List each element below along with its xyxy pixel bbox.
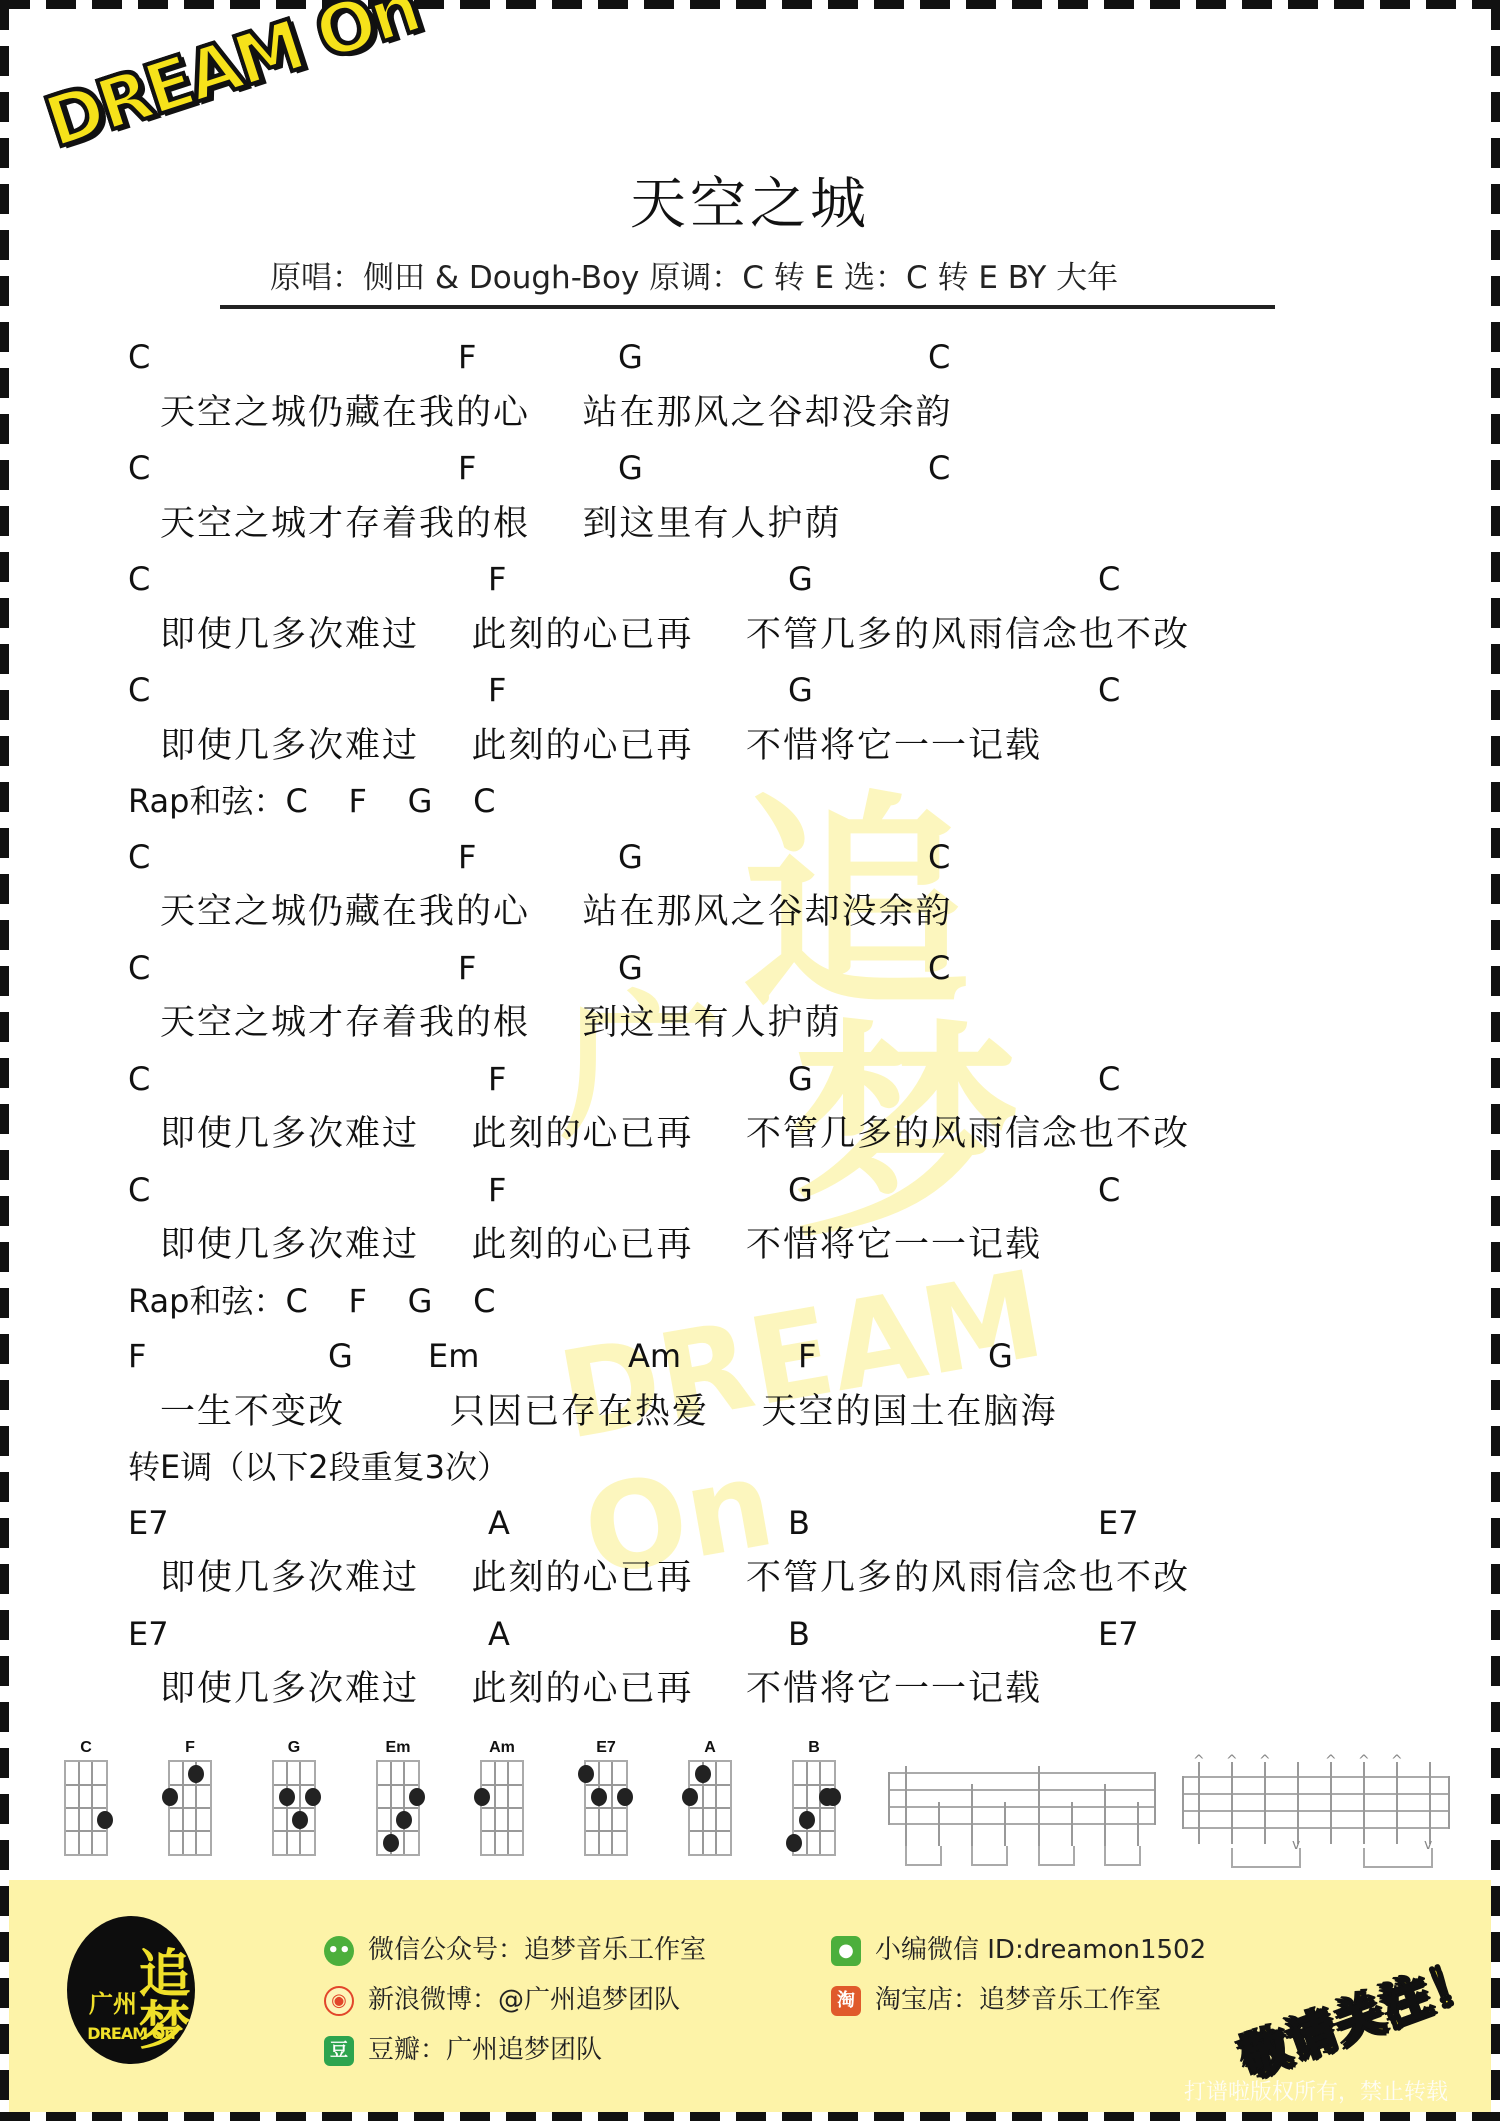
- chord-symbol: G: [788, 552, 813, 608]
- finger-dot: [799, 1811, 815, 1829]
- chord-line: CFGC: [128, 552, 1378, 608]
- chord-symbol: B: [788, 1607, 810, 1663]
- lyric-line: 天空之城才存着我的根 到这里有人护荫: [128, 996, 1378, 1052]
- fretboard-grid: [168, 1760, 212, 1856]
- lyrics-sheet: CFGC天空之城仍藏在我的心 站在那风之谷却没余韵CFGC天空之城才存着我的根 …: [128, 330, 1378, 1718]
- chord-symbol: F: [488, 552, 506, 608]
- section-note: 转E调（以下2段重复3次）: [128, 1440, 1378, 1496]
- chord-line: E7ABE7: [128, 1496, 1378, 1552]
- chord-diagram-name: Em: [367, 1738, 429, 1758]
- chord-line: CFGC: [128, 830, 1378, 886]
- chord-line: CFGC: [128, 663, 1378, 719]
- chord-symbol: C: [128, 1052, 150, 1108]
- fretboard-grid: [584, 1760, 628, 1856]
- fretboard-grid: [376, 1760, 420, 1856]
- chord-symbol: C: [128, 1163, 150, 1219]
- lyric-line: 即使几多次难过 此刻的心已再 不惜将它一一记载: [128, 1218, 1378, 1274]
- chord-symbol: F: [488, 663, 506, 719]
- chord-diagram-e7: E7: [575, 1738, 637, 1856]
- finger-dot: [825, 1788, 841, 1806]
- chord-diagram-am: Am: [471, 1738, 533, 1856]
- chord-symbol: E7: [1098, 1496, 1139, 1552]
- chord-symbol: G: [618, 830, 643, 886]
- chord-symbol: E7: [128, 1496, 169, 1552]
- chord-diagram-name: E7: [575, 1738, 637, 1758]
- finger-dot: [409, 1788, 425, 1806]
- finger-dot: [578, 1765, 594, 1783]
- wechat-official-icon: ••: [324, 1936, 354, 1966]
- fretboard-grid: [64, 1760, 108, 1856]
- section-note: Rap和弦：C F G C: [128, 774, 1378, 830]
- contact-label: 微信公众号：追梦音乐工作室: [368, 1935, 706, 1965]
- contact-weibo[interactable]: ◉新浪微博：@广州追梦团队: [324, 1980, 680, 2020]
- chord-line: CFGC: [128, 330, 1378, 386]
- section-note: Rap和弦：C F G C: [128, 1274, 1378, 1330]
- chord-diagram-name: C: [55, 1738, 117, 1758]
- contact-douban[interactable]: 豆豆瓣：广州追梦团队: [324, 2030, 602, 2070]
- brand-badge: 追梦 广州 DREAM On: [67, 1916, 195, 2064]
- chord-symbol: C: [928, 441, 950, 497]
- wechat-icon: ●: [831, 1936, 861, 1966]
- chord-symbol: G: [618, 941, 643, 997]
- chord-line: CFGC: [128, 441, 1378, 497]
- finger-dot: [188, 1765, 204, 1783]
- finger-dot: [162, 1788, 178, 1806]
- contact-wechat-id[interactable]: ●小编微信 ID:dreamon1502: [831, 1930, 1206, 1970]
- finger-dot: [695, 1765, 711, 1783]
- chord-diagram-name: B: [783, 1738, 845, 1758]
- chord-symbol: F: [458, 941, 476, 997]
- chord-line: CFGC: [128, 941, 1378, 997]
- dashed-border-top: [0, 0, 1500, 9]
- chord-symbol: G: [618, 441, 643, 497]
- dashed-border-right: [1491, 0, 1500, 2121]
- chord-symbol: F: [798, 1329, 816, 1385]
- contact-taobao[interactable]: 淘淘宝店：追梦音乐工作室: [831, 1980, 1161, 2020]
- chord-line: E7ABE7: [128, 1607, 1378, 1663]
- copyright-notice: 打谱啦版权所有，禁止转载: [1184, 2075, 1448, 2106]
- finger-dot: [279, 1788, 295, 1806]
- title-divider: [220, 305, 1275, 309]
- chord-symbol: C: [928, 830, 950, 886]
- strumming-pattern: ^ ^ ^ v ^ ^ ^ v: [1182, 1762, 1452, 1872]
- fretboard-grid: [688, 1760, 732, 1856]
- chord-symbol: F: [458, 330, 476, 386]
- song-title: 天空之城: [0, 160, 1500, 240]
- chord-symbol: F: [488, 1052, 506, 1108]
- dashed-border-bottom: [0, 2112, 1500, 2121]
- chord-symbol: B: [788, 1496, 810, 1552]
- chord-symbol: Em: [428, 1329, 479, 1385]
- lyric-line: 天空之城仍藏在我的心 站在那风之谷却没余韵: [128, 386, 1378, 442]
- chord-symbol: C: [128, 552, 150, 608]
- finger-dot: [786, 1834, 802, 1852]
- lyric-line: 即使几多次难过 此刻的心已再 不管几多的风雨信念也不改: [128, 1551, 1378, 1607]
- chord-symbol: G: [328, 1329, 353, 1385]
- chord-line: FGEmAmFG: [128, 1329, 1378, 1385]
- chord-diagram-g: G: [263, 1738, 325, 1856]
- chord-symbol: G: [788, 1163, 813, 1219]
- contact-wechat-official[interactable]: ••微信公众号：追梦音乐工作室: [324, 1930, 706, 1970]
- chord-symbol: F: [128, 1329, 146, 1385]
- contact-label: 新浪微博：@广州追梦团队: [368, 1985, 680, 2015]
- contact-label: 小编微信 ID:dreamon1502: [875, 1935, 1206, 1965]
- finger-dot: [591, 1788, 607, 1806]
- chord-symbol: F: [488, 1163, 506, 1219]
- chord-symbol: G: [618, 330, 643, 386]
- chord-diagram-name: F: [159, 1738, 221, 1758]
- finger-dot: [383, 1834, 399, 1852]
- chord-line: CFGC: [128, 1163, 1378, 1219]
- finger-dot: [305, 1788, 321, 1806]
- chord-symbol: C: [928, 941, 950, 997]
- contact-label: 豆瓣：广州追梦团队: [368, 2035, 602, 2065]
- finger-dot: [682, 1788, 698, 1806]
- chord-diagram-name: Am: [471, 1738, 533, 1758]
- finger-dot: [474, 1788, 490, 1806]
- follow-stamp: 敬请关注！: [1230, 1939, 1489, 2089]
- chord-diagram-f: F: [159, 1738, 221, 1856]
- lyric-line: 天空之城仍藏在我的心 站在那风之谷却没余韵: [128, 885, 1378, 941]
- chord-symbol: C: [128, 441, 150, 497]
- finger-dot: [97, 1811, 113, 1829]
- chord-symbol: C: [128, 941, 150, 997]
- chord-symbol: E7: [1098, 1607, 1139, 1663]
- chord-diagram-a: A: [679, 1738, 741, 1856]
- chord-symbol: C: [128, 330, 150, 386]
- fretboard-grid: [272, 1760, 316, 1856]
- weibo-icon: ◉: [324, 1986, 354, 2016]
- chord-diagram-c: C: [55, 1738, 117, 1856]
- lyric-line: 即使几多次难过 此刻的心已再 不管几多的风雨信念也不改: [128, 608, 1378, 664]
- lyric-line: 天空之城才存着我的根 到这里有人护荫: [128, 497, 1378, 553]
- chord-symbol: E7: [128, 1607, 169, 1663]
- chord-symbol: C: [1098, 1163, 1120, 1219]
- lyric-line: 即使几多次难过 此刻的心已再 不管几多的风雨信念也不改: [128, 1107, 1378, 1163]
- finger-dot: [396, 1811, 412, 1829]
- chord-symbol: G: [788, 663, 813, 719]
- badge-city: 广州: [89, 1984, 137, 2019]
- chord-symbol: Am: [628, 1329, 681, 1385]
- chord-diagram-name: A: [679, 1738, 741, 1758]
- contact-label: 淘宝店：追梦音乐工作室: [875, 1985, 1161, 2015]
- chord-symbol: C: [1098, 1052, 1120, 1108]
- badge-text: DREAM On: [67, 2024, 195, 2043]
- finger-dot: [292, 1811, 308, 1829]
- chord-diagram-name: G: [263, 1738, 325, 1758]
- lyric-line: 一生不变改 只因已存在热爱 天空的国土在脑海: [128, 1385, 1378, 1441]
- chord-diagram-b: B: [783, 1738, 845, 1856]
- chord-symbol: A: [488, 1496, 510, 1552]
- chord-symbol: C: [1098, 552, 1120, 608]
- douban-icon: 豆: [324, 2036, 354, 2066]
- chord-symbol: F: [458, 830, 476, 886]
- finger-dot: [617, 1788, 633, 1806]
- chord-symbol: A: [488, 1607, 510, 1663]
- lyric-line: 即使几多次难过 此刻的心已再 不惜将它一一记载: [128, 1662, 1378, 1718]
- chord-symbol: F: [458, 441, 476, 497]
- fretboard-grid: [792, 1760, 836, 1856]
- footer-banner: 追梦 广州 DREAM On ••微信公众号：追梦音乐工作室 ◉新浪微博：@广州…: [9, 1880, 1491, 2112]
- song-credits: 原唱：侧田 & Dough-Boy 原调：C 转 E 选：C 转 E BY 大年: [270, 252, 1118, 297]
- chord-symbol: C: [928, 330, 950, 386]
- dashed-border-left: [0, 0, 9, 2121]
- dream-on-logo: DREAM On: [37, 0, 425, 158]
- chord-symbol: G: [788, 1052, 813, 1108]
- lyric-line: 即使几多次难过 此刻的心已再 不惜将它一一记载: [128, 719, 1378, 775]
- chord-symbol: C: [128, 830, 150, 886]
- chord-line: CFGC: [128, 1052, 1378, 1108]
- chord-symbol: C: [128, 663, 150, 719]
- chord-symbol: C: [1098, 663, 1120, 719]
- fretboard-grid: [480, 1760, 524, 1856]
- chord-symbol: G: [988, 1329, 1013, 1385]
- taobao-icon: 淘: [831, 1986, 861, 2016]
- chord-diagram-em: Em: [367, 1738, 429, 1856]
- fingerpicking-pattern: [888, 1762, 1156, 1872]
